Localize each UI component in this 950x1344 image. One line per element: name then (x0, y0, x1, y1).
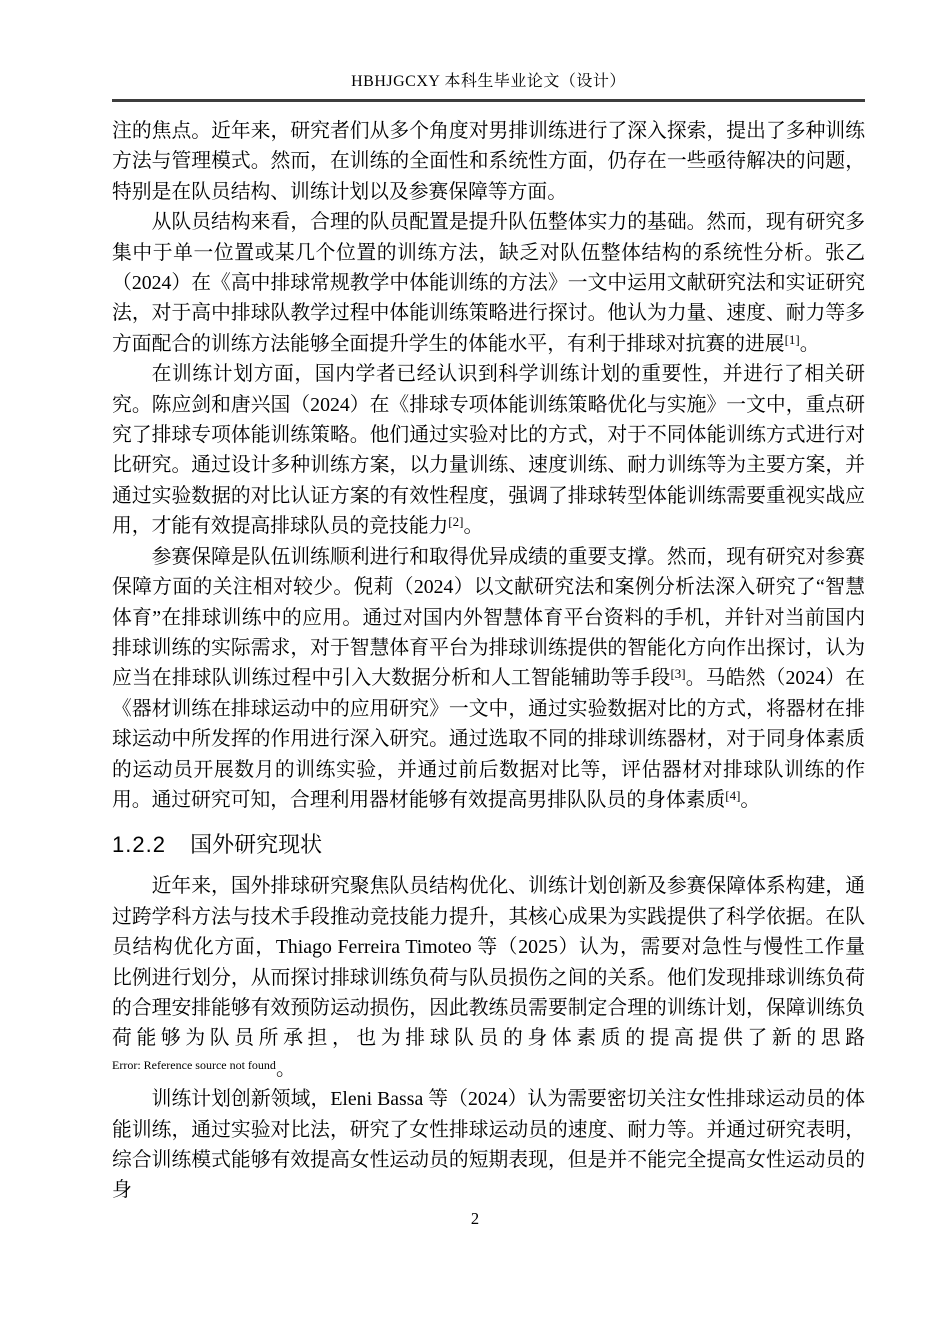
document-page: HBHJGCXY 本科生毕业论文（设计） 注的焦点。近年来，研究者们从多个角度对… (0, 0, 950, 1344)
paragraph-2: 从队员结构来看，合理的队员配置是提升队伍整体实力的基础。然而，现有研究多集中于单… (112, 207, 865, 359)
page-header: HBHJGCXY 本科生毕业论文（设计） (112, 72, 865, 102)
document-body: 注的焦点。近年来，研究者们从多个角度对男排训练进行了深入探索，提出了多种训练方法… (112, 116, 865, 1206)
paragraph-text: 近年来，国外排球研究聚焦队员结构优化、训练计划创新及参赛保障体系构建，通过跨学科… (112, 875, 865, 1049)
page-number: 2 (471, 1209, 479, 1228)
paragraph-4: 参赛保障是队伍训练顺利进行和取得优异成绩的重要支撑。然而，现有研究对参赛保障方面… (112, 542, 865, 816)
header-title: HBHJGCXY 本科生毕业论文（设计） (351, 73, 626, 90)
citation-ref-1: [1] (785, 332, 800, 347)
paragraph-1: 注的焦点。近年来，研究者们从多个角度对男排训练进行了深入探索，提出了多种训练方法… (112, 116, 865, 207)
section-heading-1-2-2: 1.2.2国外研究现状 (112, 830, 865, 860)
paragraph-text: 。 (276, 1058, 296, 1080)
citation-ref-2: [2] (448, 514, 463, 529)
paragraph-3: 在训练计划方面，国内学者已经认识到科学训练计划的重要性，并进行了相关研究。陈应剑… (112, 359, 865, 541)
citation-ref-4: [4] (725, 788, 740, 803)
paragraph-text: 。 (800, 333, 820, 355)
paragraph-6: 训练计划创新领域，Eleni Bassa 等（2024）认为需要密切关注女性排球… (112, 1084, 865, 1206)
paragraph-5: 近年来，国外排球研究聚焦队员结构优化、训练计划创新及参赛保障体系构建，通过跨学科… (112, 871, 865, 1084)
paragraph-text: 在训练计划方面，国内学者已经认识到科学训练计划的重要性，并进行了相关研究。陈应剑… (112, 363, 865, 537)
paragraph-text: 从队员结构来看，合理的队员配置是提升队伍整体实力的基础。然而，现有研究多集中于单… (112, 211, 865, 355)
paragraph-text: 。 (463, 515, 483, 537)
section-title: 国外研究现状 (190, 832, 322, 857)
broken-reference-error: Error: Reference source not found (112, 1058, 276, 1072)
citation-ref-3: [3] (670, 666, 685, 681)
paragraph-text: 。 (740, 789, 760, 811)
page-footer: 2 (0, 1208, 950, 1230)
section-number: 1.2.2 (112, 832, 166, 857)
paragraph-text: 训练计划创新领域，Eleni Bassa 等（2024）认为需要密切关注女性排球… (112, 1088, 865, 1201)
paragraph-text: 注的焦点。近年来，研究者们从多个角度对男排训练进行了深入探索，提出了多种训练方法… (112, 120, 865, 203)
